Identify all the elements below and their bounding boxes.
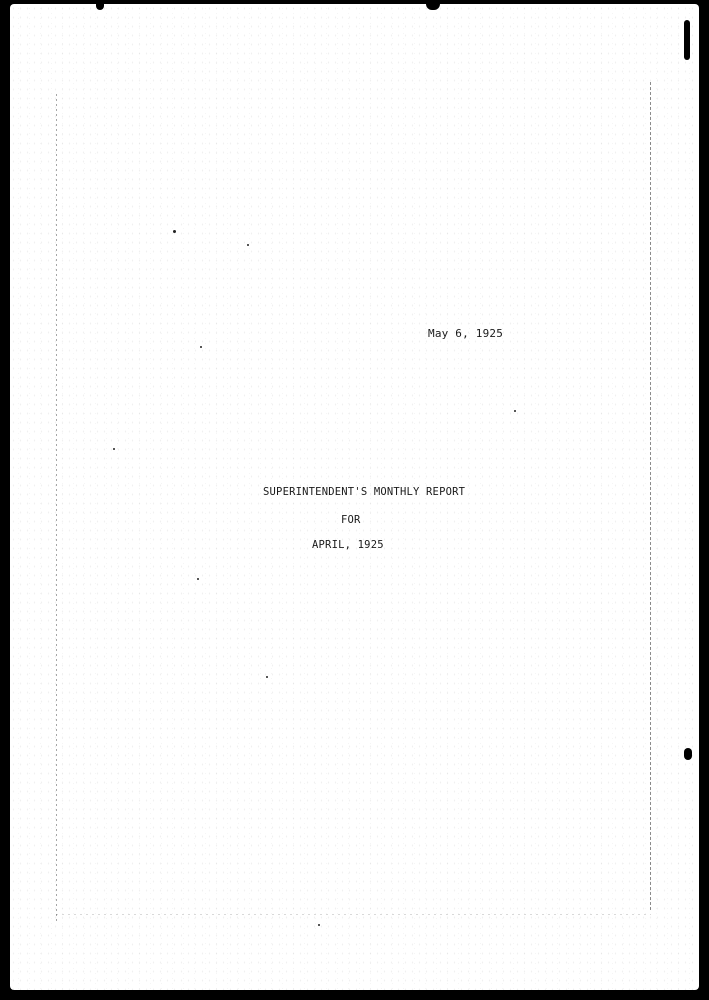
right-margin-rule bbox=[650, 82, 651, 912]
scan-speck bbox=[318, 924, 320, 926]
bottom-margin-rule bbox=[56, 914, 651, 915]
scan-edge-artifact bbox=[426, 0, 440, 10]
report-date: May 6, 1925 bbox=[428, 327, 503, 340]
report-period: APRIL, 1925 bbox=[312, 539, 384, 551]
report-title: SUPERINTENDENT'S MONTHLY REPORT bbox=[263, 486, 465, 498]
scan-speck bbox=[113, 448, 115, 450]
scan-speck bbox=[247, 244, 249, 246]
scan-edge-artifact bbox=[684, 20, 690, 60]
scan-speck bbox=[173, 230, 176, 233]
scan-speck bbox=[200, 346, 202, 348]
report-connector: FOR bbox=[341, 514, 361, 526]
scan-edge-artifact bbox=[96, 0, 104, 10]
scanned-page: May 6, 1925 SUPERINTENDENT'S MONTHLY REP… bbox=[10, 4, 699, 990]
scan-speck bbox=[514, 410, 516, 412]
scan-speck bbox=[266, 676, 268, 678]
left-margin-rule bbox=[56, 94, 57, 924]
scan-speck bbox=[197, 578, 199, 580]
scan-edge-artifact bbox=[684, 748, 692, 760]
